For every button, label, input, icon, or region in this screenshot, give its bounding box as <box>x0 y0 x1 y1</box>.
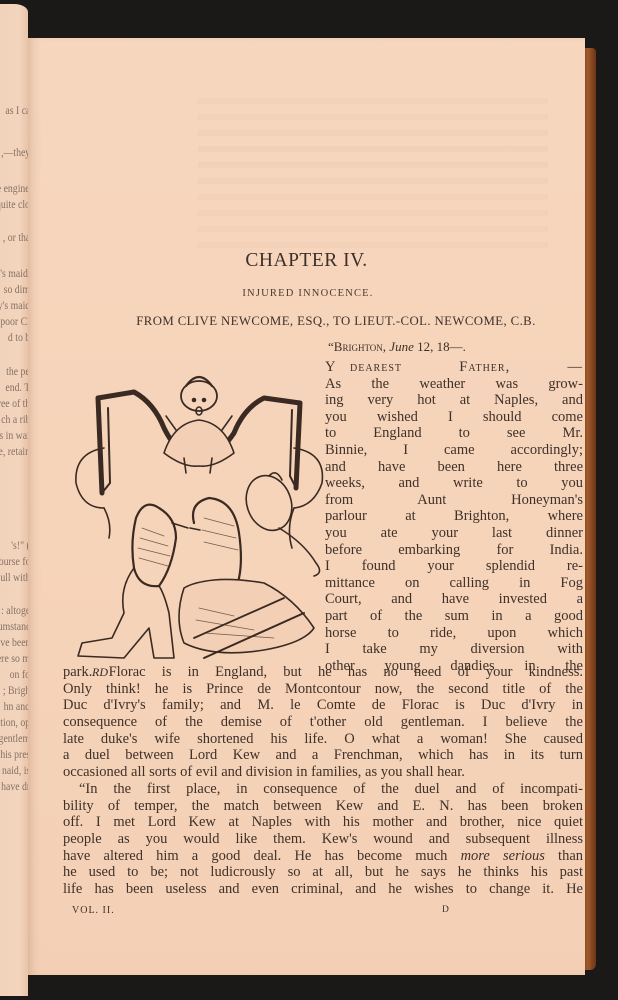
left-page-text-fragment: the pe <box>6 366 28 378</box>
left-page-text-fragment: y's maid <box>0 300 28 312</box>
text-line: Binnie, I came accordingly; <box>325 442 583 459</box>
text-line: late duke's wife shortened his life. O w… <box>63 731 583 748</box>
text-line: off. I met Lord Kew at Naples with his m… <box>63 814 583 831</box>
left-page-text-fragment: ve been <box>0 637 28 649</box>
left-page-text-fragment: s in wai <box>0 430 28 442</box>
text-line: part of the sum in a good <box>325 608 583 625</box>
left-page-text-fragment: 's!" ( <box>11 540 28 552</box>
text-line: ing very hot at Naples, and <box>325 392 583 409</box>
facing-left-page: as I ca,—theye enginequite clo, or tha's… <box>0 4 28 996</box>
body-text: park. Florac is in England, but he has n… <box>63 664 583 898</box>
left-page-text-fragment: poor Cl <box>0 316 28 328</box>
text-line: Court, and have invested a <box>325 591 583 608</box>
text-line: Y dearest Father, — <box>325 359 583 376</box>
text-line: park. Florac is in England, but he has n… <box>63 664 583 681</box>
text-line: weeks, and write to you <box>325 475 583 492</box>
left-page-text-fragment: , or tha <box>3 232 28 244</box>
text-line: to England to see Mr. <box>325 425 583 442</box>
left-page-text-fragment: ,—they <box>1 147 28 159</box>
volume-label: VOL. II. <box>72 905 115 916</box>
text-line: before embarking for India. <box>325 542 583 559</box>
left-page-text-fragment: e engine <box>0 183 28 195</box>
left-page-text-fragment: ull with <box>0 572 28 584</box>
dateline-month: June <box>389 339 414 354</box>
text-line: people as you would like them. Kew's wou… <box>63 831 583 848</box>
drop-cap-illustration: RD <box>64 358 334 678</box>
left-page-text-fragment: have dr <box>1 781 28 793</box>
text-line: you ate your last dinner <box>325 525 583 542</box>
left-page-text-fragment: ; Brigh <box>3 685 28 697</box>
text-line: bility of temper, the match between Kew … <box>63 798 583 815</box>
left-page-text-fragment: so dim <box>4 284 28 296</box>
text-line: mittance on calling in Fog <box>325 575 583 592</box>
text-line: occasioned all sorts of evil and divisio… <box>63 764 583 781</box>
dateline-place: Brighton, <box>334 339 386 354</box>
text-line: and have been here three <box>325 459 583 476</box>
text-line: horse to ride, upon which <box>325 625 583 642</box>
left-page-text-fragment: on fo <box>10 669 28 681</box>
left-page-text-fragment: three of th <box>0 398 28 410</box>
left-page-text-fragment: d to b <box>8 332 28 344</box>
left-page-text-fragment: gentlem <box>0 733 28 745</box>
text-line: “In the first place, in consequence of t… <box>63 781 583 798</box>
text-line: I take my diversion with <box>325 641 583 658</box>
text-line: As the weather was grow- <box>325 376 583 393</box>
text-line: consequence of the demise of t'other old… <box>63 714 583 731</box>
chapter-title: CHAPTER IV. <box>28 250 585 272</box>
show-through-text <box>198 98 548 258</box>
text-line: Duc d'Ivry's family; and M. le Comte de … <box>63 697 583 714</box>
left-page-text-fragment: ch a rib <box>1 414 28 426</box>
left-page-text-fragment: e, retain <box>0 446 28 458</box>
dateline-date: 12, 18—. <box>417 339 466 354</box>
left-page-text-fragment: quite clo <box>0 199 28 211</box>
left-page-text-fragment: course fo <box>0 556 28 568</box>
text-line: life has been useless and even criminal,… <box>63 881 583 898</box>
text-line: parlour at Brighton, where <box>325 508 583 525</box>
left-page-text-fragment: tion, op <box>0 717 28 729</box>
left-page-text-fragment: end. T <box>5 382 28 394</box>
text-line: I found your splendid re- <box>325 558 583 575</box>
letter-address-line: FROM CLIVE NEWCOME, ESQ., TO LIEUT.-COL.… <box>86 314 586 329</box>
salutation: dearest Father, — <box>350 359 583 375</box>
letter-dateline: “Brighton, June 12, 18—. <box>328 339 578 355</box>
left-page-text-fragment: umstanc <box>0 621 28 633</box>
left-page-text-fragment: naid, is <box>2 765 28 777</box>
left-page-text-fragment: ere so m <box>0 653 28 665</box>
text-line: from Aunt Honeyman's <box>325 492 583 509</box>
text-line: he used to be; not ludicrously so at all… <box>63 864 583 881</box>
left-page-text-fragment: 's maid, <box>0 268 28 280</box>
left-page-text-fragment: hn and <box>4 701 28 713</box>
text-line: you wished I should come <box>325 409 583 426</box>
drop-cap-tail: Y <box>325 359 350 375</box>
emphasis: more serious <box>461 848 545 864</box>
text-line: a duel between Lord Kew and a Frenchman,… <box>63 747 583 764</box>
left-page-text-fragment: his pres <box>0 749 28 761</box>
text-line: have altered him a good deal. He has bec… <box>63 848 583 865</box>
book-page: CHAPTER IV. INJURED INNOCENCE. FROM CLIV… <box>28 38 585 975</box>
chapter-subtitle: INJURED INNOCENCE. <box>28 288 588 299</box>
text-column-beside-illustration: Y dearest Father, —As the weather was gr… <box>325 359 583 674</box>
text-line: Only think! he is Prince de Montcontour … <box>63 681 583 698</box>
left-page-text-fragment: : altoge <box>1 605 28 617</box>
signature-mark: D <box>442 905 449 915</box>
left-page-text-fragment: as I ca <box>5 105 28 117</box>
